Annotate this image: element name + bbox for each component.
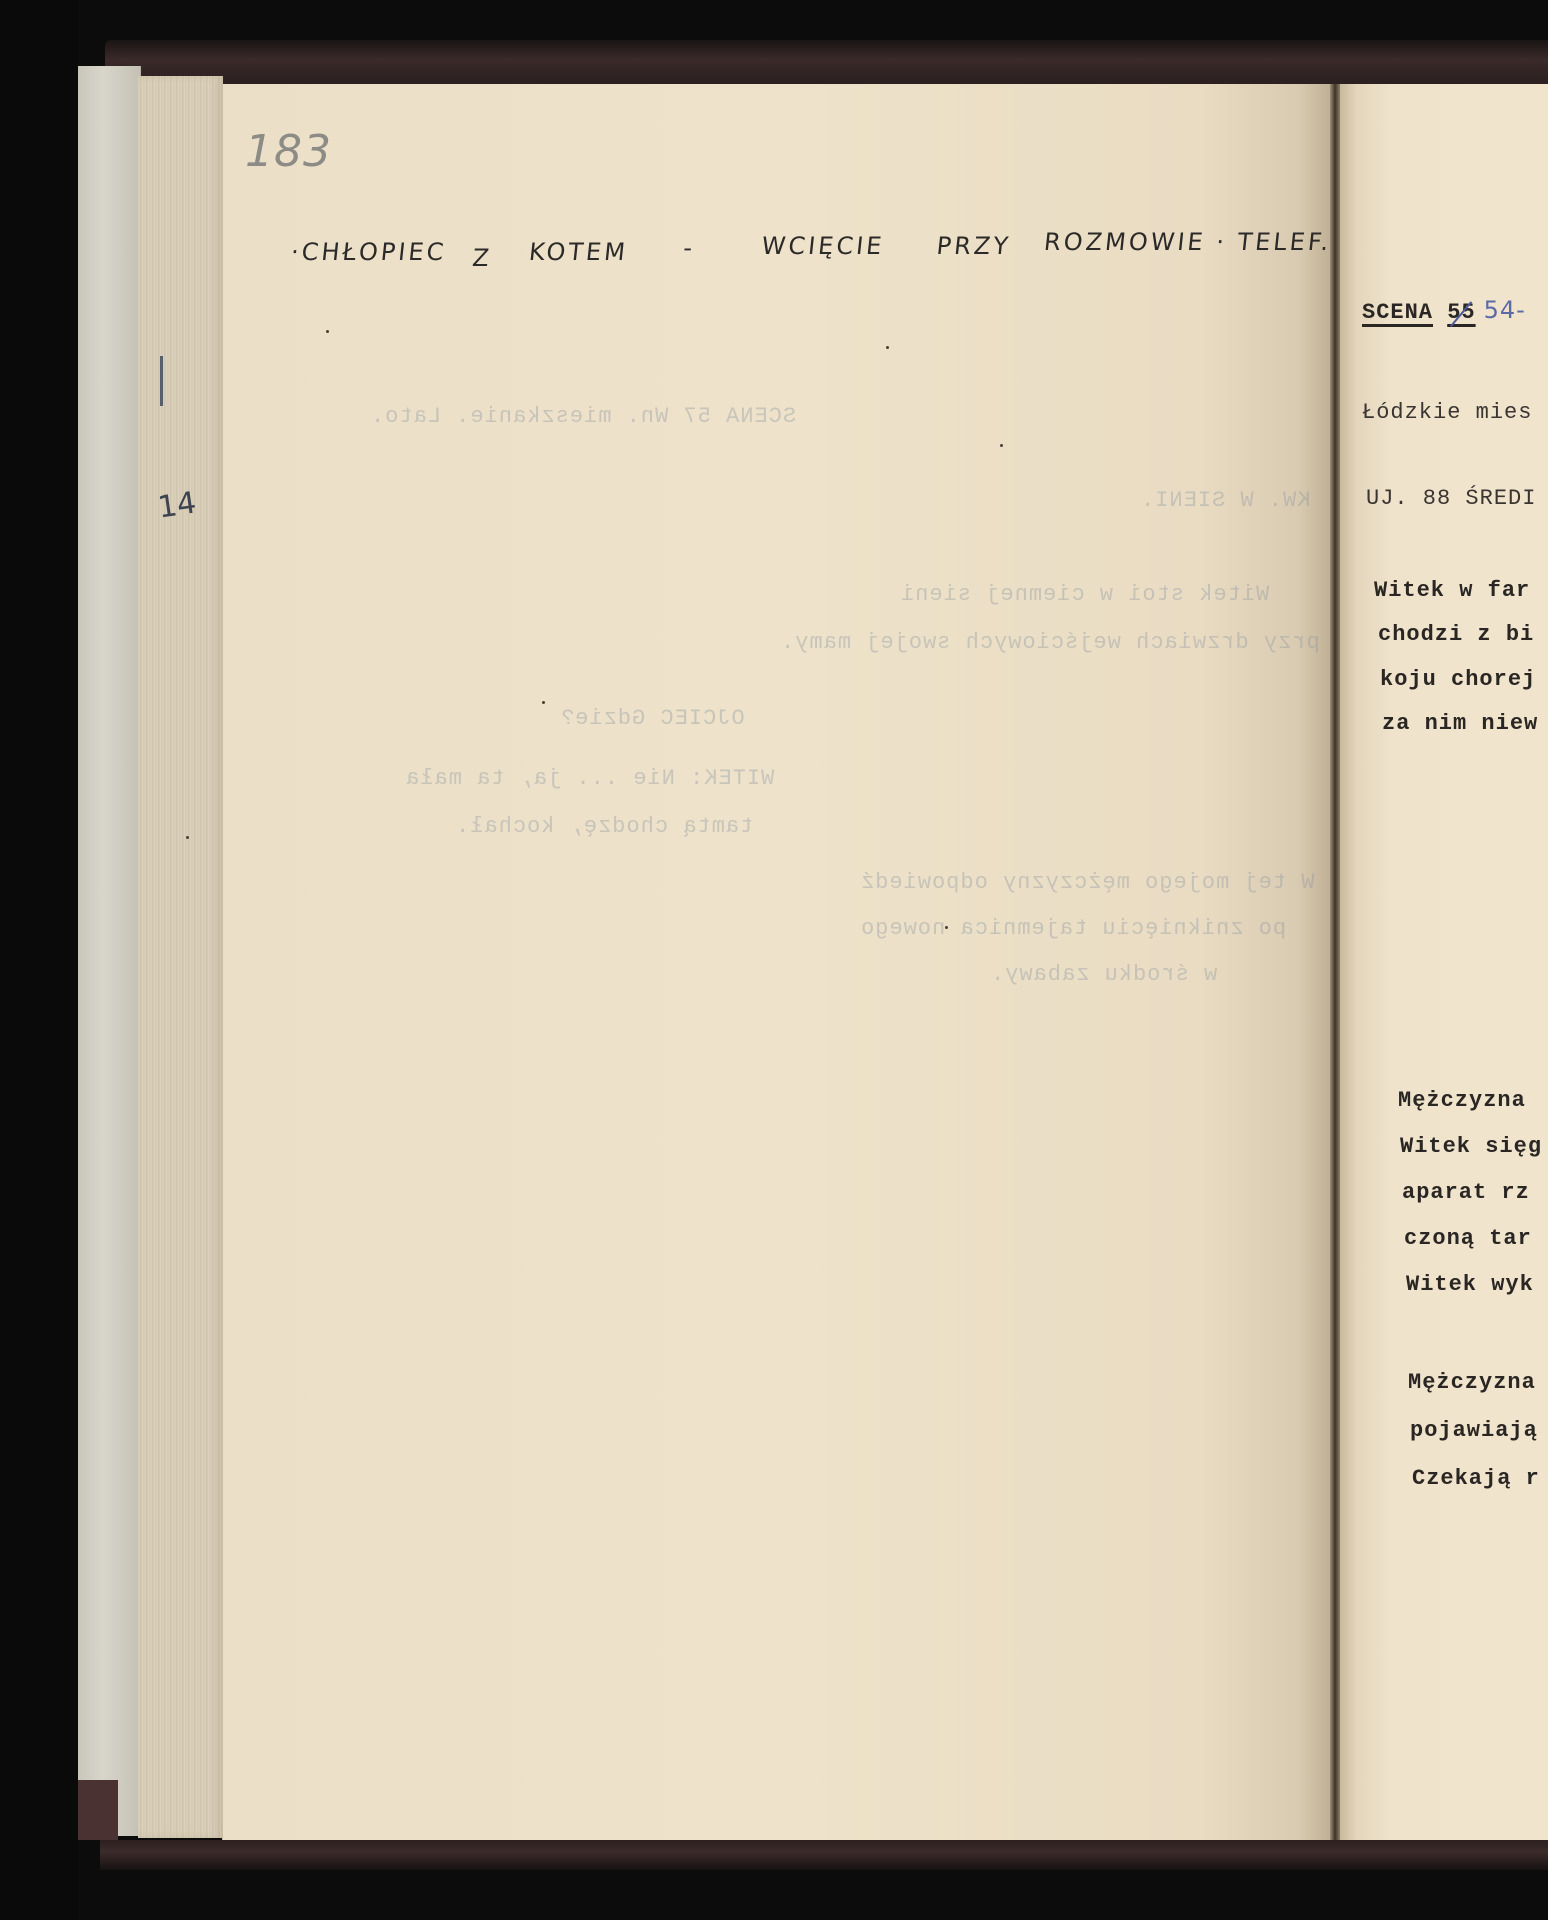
script-line: UJ. 88 ŚREDI — [1366, 486, 1536, 511]
bleed-through-line: przy drzwiach wejściowych swojej mamy. — [780, 630, 1320, 655]
scene-heading: SCENA 5554- — [1362, 296, 1526, 325]
bleed-through-line: W tej mojego mężczyzny odpowiedź — [860, 870, 1314, 895]
book-cover-top-edge — [105, 40, 1548, 84]
script-line: Mężczyzna — [1398, 1088, 1526, 1113]
script-line: chodzi z bi — [1378, 622, 1534, 647]
script-line: Mężczyzna — [1408, 1370, 1536, 1395]
note-word: ROZMOWIE · TELEF. — [1043, 228, 1333, 256]
book-gutter — [1330, 84, 1340, 1840]
cover-corner — [78, 1780, 118, 1840]
note-word: PRZY — [935, 232, 1012, 260]
script-line: aparat rz — [1402, 1180, 1530, 1205]
cloth-binding-hinge — [78, 66, 141, 1836]
paper-speck — [542, 701, 545, 704]
bleed-through-line: KW. W SIENI. — [1140, 488, 1310, 513]
paper-speck — [945, 926, 948, 929]
bleed-through-line: w środku zabawy. — [990, 962, 1217, 987]
note-word: WCIĘCIE — [760, 232, 886, 260]
script-line: Witek sięg — [1400, 1134, 1542, 1159]
handwritten-page-number: 183 — [245, 126, 332, 177]
bleed-through-line: OJCIEC Gdzie? — [560, 706, 745, 731]
script-line: Łódzkie mies — [1362, 400, 1532, 425]
note-word: ·CHŁOPIEC — [290, 238, 448, 266]
paper-speck — [886, 346, 889, 349]
bleed-through-line: Witek stoi w ciemnej sieni — [900, 582, 1269, 607]
scan-background — [0, 0, 78, 1920]
script-line: Czekają r — [1412, 1466, 1540, 1491]
script-line: Witek w far — [1374, 578, 1530, 603]
bleed-through-line: tamtą chodzę, kochał. — [455, 814, 753, 839]
note-word: Z — [471, 244, 493, 272]
note-word: - — [682, 234, 697, 262]
script-line: koju chorej — [1380, 667, 1536, 692]
scene-number-handwritten: 54- — [1484, 296, 1526, 324]
bleed-through-line: SCENA 57 Wn. mieszkanie. Lato. — [370, 404, 796, 429]
handwritten-note: ·CHŁOPIEC Z KOTEM - WCIĘCIE PRZY ROZMOWI… — [287, 232, 1323, 292]
right-page — [1340, 84, 1548, 1840]
script-line: pojawiają — [1410, 1418, 1538, 1443]
paper-speck — [326, 330, 329, 333]
scene-label: SCENA — [1362, 300, 1433, 325]
margin-pencil-line — [160, 356, 163, 406]
script-line: czoną tar — [1404, 1226, 1532, 1251]
script-line: Witek wyk — [1406, 1272, 1534, 1297]
paper-speck — [1000, 444, 1003, 447]
paper-speck — [186, 836, 189, 839]
bleed-through-line: po zniknięciu tajemnica nowego — [860, 916, 1286, 941]
margin-pencil-mark: 14 — [156, 486, 199, 526]
note-word: KOTEM — [528, 238, 630, 266]
book-cover-bottom-edge — [100, 1840, 1548, 1870]
script-line: za nim niew — [1382, 711, 1538, 736]
scene-number-struck: 55 — [1447, 300, 1475, 325]
bleed-through-line: WITEK: Nie ... ja, ta mała — [405, 766, 774, 791]
page-stack-edge — [138, 76, 223, 1838]
